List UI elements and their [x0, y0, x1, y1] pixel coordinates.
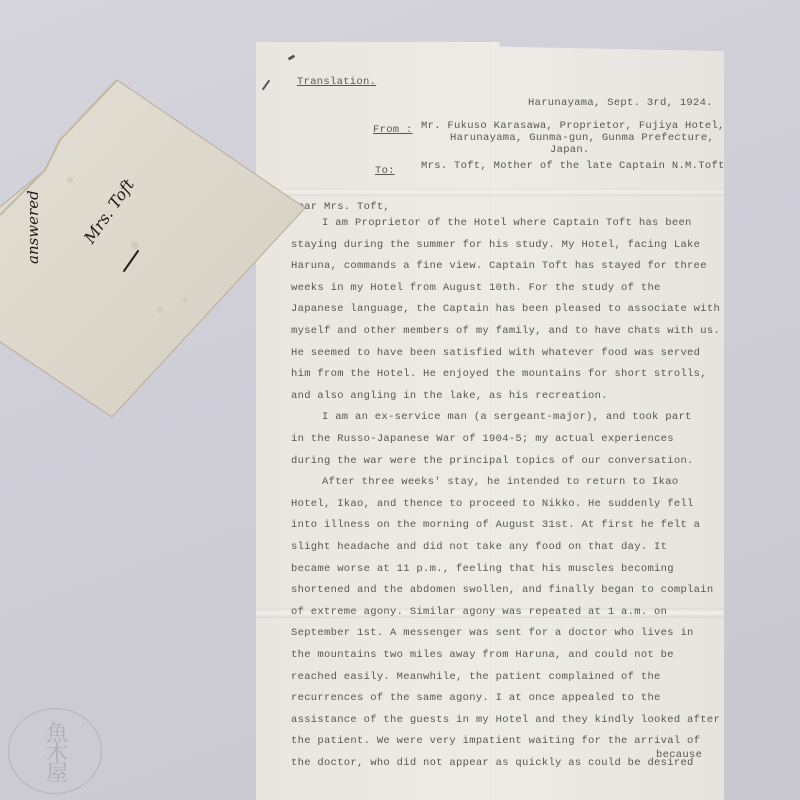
- from-line-3: Japan.: [550, 145, 590, 156]
- letter-body-line: him from the Hotel. He enjoyed the mount…: [291, 369, 707, 380]
- from-line-1: Mr. Fukuso Karasawa, Proprietor, Fujiya …: [421, 121, 725, 132]
- horizontal-fold-crease-upper: [256, 188, 724, 196]
- letter-body-line: the mountains two miles away from Haruna…: [291, 650, 674, 661]
- letter-body-line: September 1st. A messenger was sent for …: [291, 628, 694, 639]
- letter-place-date: Harunayama, Sept. 3rd, 1924.: [528, 98, 713, 109]
- letter-body-line: reached easily. Meanwhile, the patient c…: [291, 672, 661, 683]
- envelope-shape: [0, 0, 320, 430]
- letter-body-line: I am Proprietor of the Hotel where Capta…: [322, 218, 692, 229]
- letter-body-line: After three weeks' stay, he intended to …: [322, 477, 678, 488]
- letter-body-line: shortened and the abdomen swollen, and f…: [291, 585, 713, 596]
- letter-body-line: staying during the summer for his study.…: [291, 240, 700, 251]
- envelope: answered Mrs. Toft: [0, 0, 320, 430]
- seal-watermark: 魚木屋: [8, 708, 102, 794]
- letter-body-line: myself and other members of my family, a…: [291, 326, 720, 337]
- letter-body-line: in the Russo-Japanese War of 1904-5; my …: [291, 434, 674, 445]
- catchword: because: [656, 750, 702, 761]
- typewritten-letter: Translation. Harunayama, Sept. 3rd, 1924…: [256, 42, 724, 800]
- letter-body-line: and also angling in the lake, as his rec…: [291, 391, 608, 402]
- to-label: To:: [375, 166, 395, 177]
- letter-body-line: assistance of the guests in my Hotel and…: [291, 715, 720, 726]
- letter-body-line: into illness on the morning of August 31…: [291, 520, 700, 531]
- from-label: From :: [373, 125, 413, 136]
- letter-body-line: He seemed to have been satisfied with wh…: [291, 348, 700, 359]
- letter-body-line: of extreme agony. Similar agony was repe…: [291, 607, 667, 618]
- letter-body-line: the doctor, who did not appear as quickl…: [291, 758, 694, 769]
- letter-body-line: Japanese language, the Captain has been …: [291, 304, 720, 315]
- letter-body-line: slight headache and did not take any foo…: [291, 542, 667, 553]
- letter-body-line: Haruna, commands a fine view. Captain To…: [291, 261, 707, 272]
- letter-body-line: during the war were the principal topics…: [291, 456, 694, 467]
- letter-body-line: Hotel, Ikao, and thence to proceed to Ni…: [291, 499, 694, 510]
- from-line-2: Harunayama, Gunma-gun, Gunma Prefecture,: [450, 133, 714, 144]
- letter-body-line: weeks in my Hotel from August 10th. For …: [291, 283, 661, 294]
- envelope-annotation: answered: [24, 190, 42, 264]
- letter-body-line: recurrences of the same agony. I at once…: [291, 693, 661, 704]
- to-line: Mrs. Toft, Mother of the late Captain N.…: [421, 161, 731, 172]
- letter-body-line: I am an ex-service man (a sergeant-major…: [322, 412, 692, 423]
- letter-body-line: the patient. We were very impatient wait…: [291, 736, 700, 747]
- letter-body-line: became worse at 11 p.m., feeling that hi…: [291, 564, 674, 575]
